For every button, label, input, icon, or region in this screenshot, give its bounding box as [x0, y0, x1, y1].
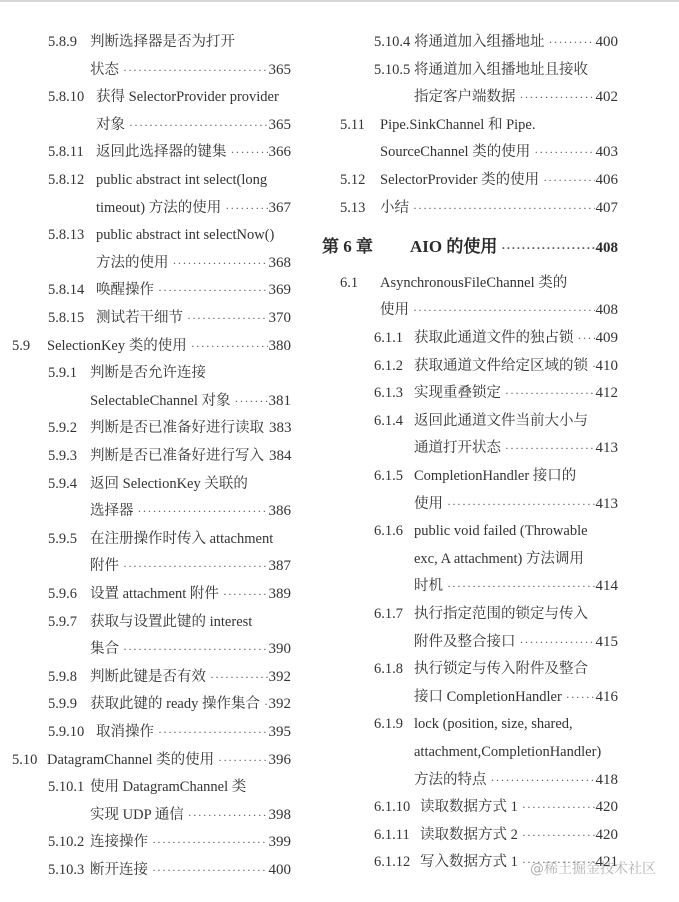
- section-number: 6.1.10: [374, 795, 410, 819]
- toc-entry-line: attachment,CompletionHandler): [318, 740, 618, 764]
- page-number: 408: [596, 298, 619, 322]
- section-title: 附件: [90, 554, 119, 578]
- section-title: 通道打开状态: [414, 436, 501, 460]
- page-number: 406: [596, 168, 619, 192]
- toc-entry-line: 5.10.4将通道加入组播地址400: [318, 30, 618, 54]
- page-number: 389: [269, 582, 292, 606]
- toc-entry-line: 6.1.11读取数据方式 2420: [318, 823, 618, 847]
- dot-leader: [138, 499, 268, 523]
- section-number: 5.9.1: [48, 361, 77, 385]
- toc-entry-line: 5.9SelectionKey 类的使用380: [0, 334, 291, 358]
- dot-leader: [549, 30, 595, 54]
- section-number: 5.9.2: [48, 416, 77, 440]
- dot-leader: [187, 306, 268, 330]
- page-number: 400: [596, 30, 619, 54]
- section-number: 5.9.4: [48, 472, 77, 496]
- toc-entry-line: 5.10.5将通道加入组播地址且接收: [318, 58, 618, 82]
- section-title: 读取数据方式 1: [420, 795, 518, 819]
- dot-leader: [173, 251, 268, 275]
- section-number: 5.11: [340, 113, 365, 137]
- section-title: 执行指定范围的锁定与传入: [414, 602, 588, 626]
- page-number: 415: [596, 630, 619, 654]
- page-number: 420: [596, 823, 619, 847]
- section-title: 将通道加入组播地址且接收: [414, 58, 588, 82]
- page-number: 384: [269, 444, 292, 468]
- section-number: 5.9.6: [48, 582, 77, 606]
- toc-entry-line: 时机414: [318, 574, 618, 598]
- section-number: 6.1.5: [374, 464, 403, 488]
- dot-leader: [578, 326, 595, 350]
- toc-entry-line: 5.9.10取消操作395: [0, 720, 291, 744]
- section-number: 5.10.2: [48, 830, 84, 854]
- toc-entry-line: timeout) 方法的使用367: [0, 196, 291, 220]
- page-number: 365: [269, 113, 292, 137]
- section-title: 读取数据方式 2: [420, 823, 518, 847]
- page-number: 413: [596, 492, 619, 516]
- section-number: 6.1.1: [374, 326, 403, 350]
- page-number: 420: [596, 795, 619, 819]
- dot-leader: [505, 436, 595, 460]
- dot-leader: [188, 803, 268, 827]
- toc-entry-line: 5.9.2判断是否已准备好进行读取383: [0, 416, 291, 440]
- section-number: 5.10: [12, 748, 37, 772]
- watermark: @稀土掘金技术社区: [530, 858, 656, 878]
- section-title: 使用: [380, 298, 409, 322]
- section-title: 唤醒操作: [96, 278, 154, 302]
- section-title: 时机: [414, 574, 443, 598]
- section-number: 5.8.11: [48, 140, 84, 164]
- section-number: 5.9.10: [48, 720, 84, 744]
- section-title: 状态: [90, 58, 119, 82]
- section-title: 方法的使用: [96, 251, 169, 275]
- page-number: 412: [596, 381, 619, 405]
- toc-entry-line: 5.8.14唤醒操作369: [0, 278, 291, 302]
- dot-leader: [129, 113, 268, 137]
- dot-leader: [123, 554, 268, 578]
- dot-leader: [543, 168, 594, 192]
- dot-leader: [491, 768, 595, 792]
- section-title: 执行锁定与传入附件及整合: [414, 657, 588, 681]
- dot-leader: [520, 85, 595, 109]
- section-title: 接口 CompletionHandler: [414, 685, 562, 709]
- toc-entry-line: 使用408: [318, 298, 618, 322]
- section-title: 方法的特点: [414, 768, 487, 792]
- section-number: 5.10.3: [48, 858, 84, 882]
- toc-entry-line: 集合390: [0, 637, 291, 661]
- page-number: 395: [269, 720, 292, 744]
- toc-entry-line: SelectableChannel 对象381: [0, 389, 291, 413]
- toc-entry-line: 5.9.5在注册操作时传入 attachment: [0, 527, 291, 551]
- section-title: SelectionKey 类的使用: [47, 334, 187, 358]
- page-number: 403: [596, 140, 619, 164]
- section-number: 5.8.13: [48, 223, 84, 247]
- section-title: 对象: [96, 113, 125, 137]
- section-number: 6.1.4: [374, 409, 403, 433]
- page-number: 392: [269, 692, 292, 716]
- toc-entry-line: 6.1.5CompletionHandler 接口的: [318, 464, 618, 488]
- section-number: 5.9.7: [48, 610, 77, 634]
- page-number: 413: [596, 436, 619, 460]
- section-title: 判断是否已准备好进行读取: [90, 416, 264, 440]
- toc-entry-line: exc, A attachment) 方法调用: [318, 547, 618, 571]
- toc-entry-line: 5.8.12public abstract int select(long: [0, 168, 291, 192]
- section-number: 6.1.12: [374, 850, 410, 874]
- dot-leader: [592, 354, 595, 378]
- toc-entry-line: 选择器386: [0, 499, 291, 523]
- section-number: 5.10.5: [374, 58, 410, 82]
- section-title: SelectableChannel 对象: [90, 389, 231, 413]
- page-number: 370: [269, 306, 292, 330]
- section-number: 5.8.14: [48, 278, 84, 302]
- section-title: Pipe.SinkChannel 和 Pipe.: [380, 113, 535, 137]
- page-number: 400: [269, 858, 292, 882]
- toc-entry-line: 5.9.6设置 attachment 附件389: [0, 582, 291, 606]
- section-title: 判断选择器是否为打开: [90, 30, 235, 54]
- dot-leader: [522, 823, 595, 847]
- section-title: 获取此通道文件的独占锁: [414, 326, 574, 350]
- dot-leader: [566, 685, 595, 709]
- dot-leader: [152, 858, 268, 882]
- dot-leader: [225, 196, 267, 220]
- toc-entry-line: SourceChannel 类的使用403: [318, 140, 618, 164]
- page-number: 399: [269, 830, 292, 854]
- toc-entry-line: 附件387: [0, 554, 291, 578]
- toc-entry-line: 5.9.4返回 SelectionKey 关联的: [0, 472, 291, 496]
- dot-leader: [191, 334, 268, 358]
- section-number: 6.1.2: [374, 354, 403, 378]
- dot-leader: [413, 196, 595, 220]
- section-title: 连接操作: [90, 830, 148, 854]
- section-number: 5.9.5: [48, 527, 77, 551]
- dot-leader: [447, 492, 595, 516]
- section-number: 第 6 章: [322, 235, 373, 259]
- page-number: 387: [269, 554, 292, 578]
- dot-leader: [152, 830, 268, 854]
- page-number: 365: [269, 58, 292, 82]
- toc-entry-line: 5.12SelectorProvider 类的使用406: [318, 168, 618, 192]
- dot-leader: [520, 630, 595, 654]
- section-title: 实现 UDP 通信: [90, 803, 184, 827]
- toc-entry-line: 方法的使用368: [0, 251, 291, 275]
- dot-leader: [505, 381, 595, 405]
- section-title: DatagramChannel 类的使用: [47, 748, 214, 772]
- section-title: 设置 attachment 附件: [90, 582, 219, 606]
- section-title: 将通道加入组播地址: [414, 30, 545, 54]
- section-number: 5.9.9: [48, 692, 77, 716]
- page-number: 390: [269, 637, 292, 661]
- section-title: AsynchronousFileChannel 类的: [380, 271, 567, 295]
- toc-entry-line: 5.9.1判断是否允许连接: [0, 361, 291, 385]
- toc-entry-line: 5.10DatagramChannel 类的使用396: [0, 748, 291, 772]
- section-number: 5.9.3: [48, 444, 77, 468]
- toc-entry-line: 6.1.8执行锁定与传入附件及整合: [318, 657, 618, 681]
- section-title: SelectorProvider 类的使用: [380, 168, 539, 192]
- toc-entry-line: 6.1.7执行指定范围的锁定与传入: [318, 602, 618, 626]
- dot-leader: [501, 235, 594, 260]
- section-title: public abstract int select(long: [96, 168, 267, 192]
- section-number: 5.10.4: [374, 30, 410, 54]
- page-number: 396: [269, 748, 292, 772]
- toc-entry-line: 6.1.6public void failed (Throwable: [318, 519, 618, 543]
- section-number: 6.1.3: [374, 381, 403, 405]
- section-title: 指定客户端数据: [414, 85, 516, 109]
- section-number: 5.13: [340, 196, 365, 220]
- toc-entry-line: 6.1AsynchronousFileChannel 类的: [318, 271, 618, 295]
- dot-leader: [235, 389, 268, 413]
- page-number: 381: [269, 389, 292, 413]
- page-number: 416: [596, 685, 619, 709]
- page-number: 367: [269, 196, 292, 220]
- page-number: 386: [269, 499, 292, 523]
- section-title: public abstract int selectNow(): [96, 223, 274, 247]
- section-title: 返回此通道文件当前大小与: [414, 409, 588, 433]
- section-number: 6.1: [340, 271, 358, 295]
- section-title: 断开连接: [90, 858, 148, 882]
- section-title: 取消操作: [96, 720, 154, 744]
- section-title: timeout) 方法的使用: [96, 196, 221, 220]
- dot-leader: [158, 720, 268, 744]
- toc-entry-line: 5.13小结407: [318, 196, 618, 220]
- dot-leader: [158, 278, 268, 302]
- toc-entry-line: 第 6 章AIO 的使用408: [318, 235, 618, 259]
- toc-entry-line: 5.8.13public abstract int selectNow(): [0, 223, 291, 247]
- dot-leader: [264, 692, 268, 716]
- page-number: 366: [269, 140, 292, 164]
- section-title: 获取此键的 ready 操作集合: [90, 692, 260, 716]
- section-title: 集合: [90, 637, 119, 661]
- section-title: 获得 SelectorProvider provider: [96, 85, 279, 109]
- toc-entry-line: 5.10.1使用 DatagramChannel 类: [0, 775, 291, 799]
- section-number: 6.1.8: [374, 657, 403, 681]
- section-title: exc, A attachment) 方法调用: [414, 547, 584, 571]
- section-title: 写入数据方式 1: [420, 850, 518, 874]
- toc-entry-line: 使用413: [318, 492, 618, 516]
- page-top-border: [0, 0, 679, 2]
- page-number: 407: [596, 196, 619, 220]
- dot-leader: [413, 298, 595, 322]
- page-number: 380: [269, 334, 292, 358]
- toc-entry-line: 实现 UDP 通信398: [0, 803, 291, 827]
- section-number: 5.8.10: [48, 85, 84, 109]
- section-title: 获取通道文件给定区域的锁: [414, 354, 588, 378]
- section-number: 6.1.9: [374, 712, 403, 736]
- page-number: 408: [596, 236, 619, 260]
- section-title: 获取与设置此键的 interest: [90, 610, 252, 634]
- toc-entry-line: 5.9.9获取此键的 ready 操作集合392: [0, 692, 291, 716]
- section-number: 5.8.9: [48, 30, 77, 54]
- toc-entry-line: 接口 CompletionHandler416: [318, 685, 618, 709]
- toc-entry-line: 6.1.3实现重叠锁定412: [318, 381, 618, 405]
- toc-entry-line: 方法的特点418: [318, 768, 618, 792]
- toc-entry-line: 6.1.9lock (position, size, shared,: [318, 712, 618, 736]
- dot-leader: [447, 574, 595, 598]
- section-title: 附件及整合接口: [414, 630, 516, 654]
- section-title: 使用: [414, 492, 443, 516]
- dot-leader: [534, 140, 594, 164]
- section-number: 6.1.7: [374, 602, 403, 626]
- dot-leader: [123, 58, 268, 82]
- dot-leader: [123, 637, 268, 661]
- page-number: 402: [596, 85, 619, 109]
- dot-leader: [231, 140, 268, 164]
- toc-entry-line: 5.11Pipe.SinkChannel 和 Pipe.: [318, 113, 618, 137]
- toc-entry-line: 5.8.15测试若干细节370: [0, 306, 291, 330]
- section-title: 小结: [380, 196, 409, 220]
- section-title: AIO 的使用: [410, 235, 497, 259]
- section-title: 返回 SelectionKey 关联的: [90, 472, 248, 496]
- toc-entry-line: 6.1.4返回此通道文件当前大小与: [318, 409, 618, 433]
- toc-entry-line: 对象365: [0, 113, 291, 137]
- dot-leader: [210, 665, 268, 689]
- toc-entry-line: 5.9.8判断此键是否有效392: [0, 665, 291, 689]
- section-title: public void failed (Throwable: [414, 519, 588, 543]
- toc-entry-line: 5.8.9判断选择器是否为打开: [0, 30, 291, 54]
- toc-entry-line: 指定客户端数据402: [318, 85, 618, 109]
- section-title: CompletionHandler 接口的: [414, 464, 576, 488]
- toc-entry-line: 通道打开状态413: [318, 436, 618, 460]
- toc-entry-line: 6.1.2获取通道文件给定区域的锁410: [318, 354, 618, 378]
- page-number: 392: [269, 665, 292, 689]
- toc-entry-line: 5.9.3判断是否已准备好进行写入384: [0, 444, 291, 468]
- toc-entry-line: 6.1.1获取此通道文件的独占锁409: [318, 326, 618, 350]
- section-number: 5.12: [340, 168, 365, 192]
- section-title: lock (position, size, shared,: [414, 712, 573, 736]
- toc-entry-line: 5.9.7获取与设置此键的 interest: [0, 610, 291, 634]
- section-title: 选择器: [90, 499, 134, 523]
- page-number: 410: [596, 354, 619, 378]
- page-number: 368: [269, 251, 292, 275]
- toc-entry-line: 状态365: [0, 58, 291, 82]
- section-number: 5.9: [12, 334, 30, 358]
- toc-entry-line: 5.8.11返回此选择器的键集366: [0, 140, 291, 164]
- section-title: 判断是否已准备好进行写入: [90, 444, 264, 468]
- toc-entry-line: 5.8.10获得 SelectorProvider provider: [0, 85, 291, 109]
- page-number: 418: [596, 768, 619, 792]
- page-number: 369: [269, 278, 292, 302]
- dot-leader: [522, 795, 595, 819]
- page-number: 383: [269, 416, 292, 440]
- page-number: 398: [269, 803, 292, 827]
- dot-leader: [218, 748, 267, 772]
- toc-entry-line: 附件及整合接口415: [318, 630, 618, 654]
- toc-entry-line: 6.1.10读取数据方式 1420: [318, 795, 618, 819]
- page-number: 409: [596, 326, 619, 350]
- toc-entry-line: 5.10.2连接操作399: [0, 830, 291, 854]
- section-title: 使用 DatagramChannel 类: [90, 775, 246, 799]
- section-number: 5.10.1: [48, 775, 84, 799]
- toc-entry-line: 5.10.3断开连接400: [0, 858, 291, 882]
- section-number: 6.1.6: [374, 519, 403, 543]
- section-title: 在注册操作时传入 attachment: [90, 527, 273, 551]
- section-number: 5.8.12: [48, 168, 84, 192]
- dot-leader: [223, 582, 268, 606]
- section-title: 返回此选择器的键集: [96, 140, 227, 164]
- section-title: 实现重叠锁定: [414, 381, 501, 405]
- section-title: 测试若干细节: [96, 306, 183, 330]
- section-title: 判断是否允许连接: [90, 361, 206, 385]
- page-number: 414: [596, 574, 619, 598]
- section-number: 5.9.8: [48, 665, 77, 689]
- section-number: 5.8.15: [48, 306, 84, 330]
- section-number: 6.1.11: [374, 823, 410, 847]
- section-title: 判断此键是否有效: [90, 665, 206, 689]
- section-title: SourceChannel 类的使用: [380, 140, 530, 164]
- section-title: attachment,CompletionHandler): [414, 740, 601, 764]
